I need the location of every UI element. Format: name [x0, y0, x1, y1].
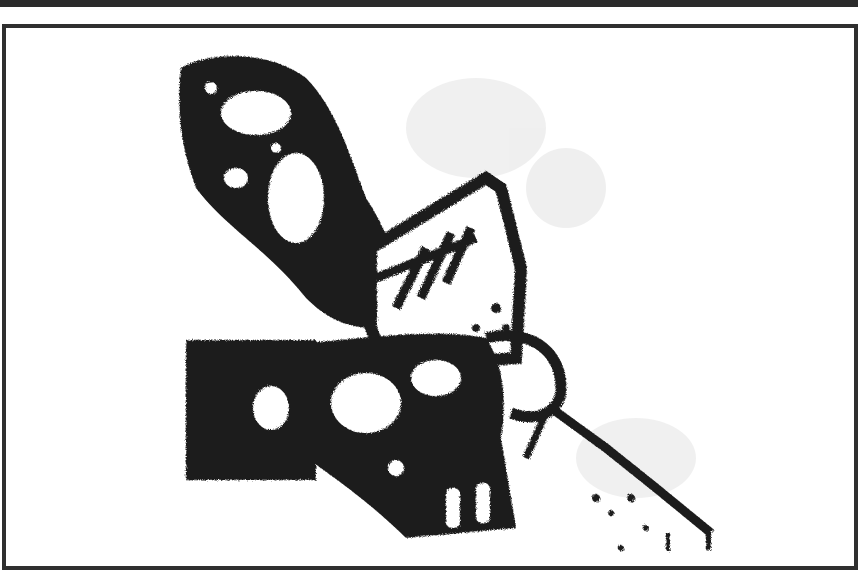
illustration-frame: [2, 24, 858, 570]
top-rule: [0, 0, 858, 7]
hands-grip-illustration: [6, 28, 854, 566]
